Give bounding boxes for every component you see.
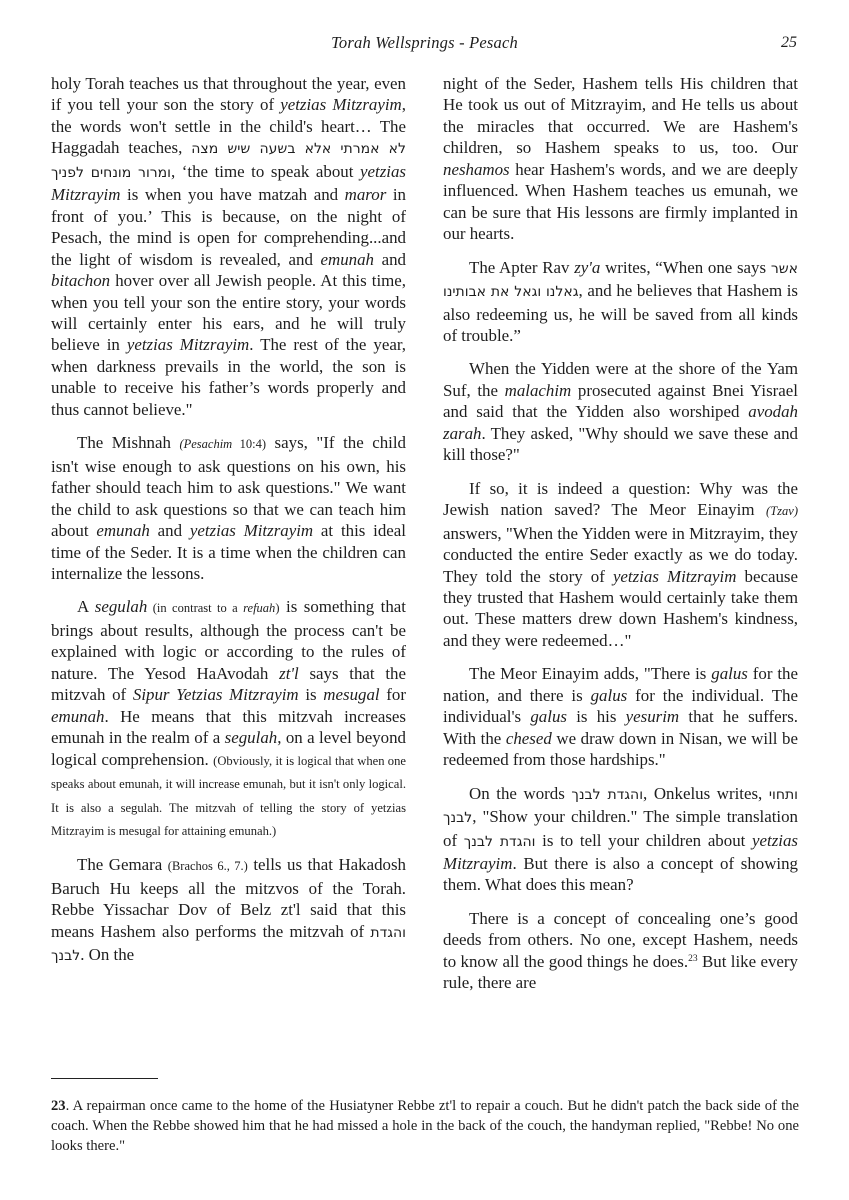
paragraph: The Gemara (Brachos 6., 7.) tells us tha…: [51, 854, 406, 967]
footnote-text: . A repairman once came to the home of t…: [51, 1098, 799, 1154]
paragraph: When the Yidden were at the shore of the…: [443, 358, 798, 465]
right-column: night of the Seder, Hashem tells His chi…: [443, 73, 798, 1006]
paragraph: On the words והגדת לבנך, Onkelus writes,…: [443, 783, 798, 896]
left-column: holy Torah teaches us that throughout th…: [51, 73, 406, 980]
citation: (Pesachim: [179, 437, 232, 451]
citation: (Tzav): [766, 504, 798, 518]
paragraph: holy Torah teaches us that throughout th…: [51, 73, 406, 420]
paragraph: The Apter Rav zy'a writes, “When one say…: [443, 257, 798, 347]
footnote: 23. A repairman once came to the home of…: [51, 1096, 799, 1156]
footnote-separator: [51, 1078, 158, 1079]
paragraph: If so, it is indeed a question: Why was …: [443, 478, 798, 652]
paragraph: There is a concept of concealing one’s g…: [443, 908, 798, 994]
hebrew-quote: והגדת לבנך: [571, 787, 643, 803]
paragraph: The Meor Einayim adds, "There is galus f…: [443, 663, 798, 770]
paragraph: night of the Seder, Hashem tells His chi…: [443, 73, 798, 245]
paragraph: A segulah (in contrast to a refuah) is s…: [51, 596, 406, 842]
paragraph: The Mishnah (Pesachim 10:4) says, "If th…: [51, 432, 406, 584]
hebrew-quote: והגדת לבנך: [464, 834, 536, 850]
citation: (Brachos 6., 7.): [168, 859, 248, 873]
page-number: 25: [781, 34, 797, 52]
footnote-reference[interactable]: 23: [688, 954, 698, 964]
running-header: Torah Wellsprings - Pesach 25: [0, 33, 849, 57]
running-title: Torah Wellsprings - Pesach: [0, 33, 849, 53]
footnote-number: 23: [51, 1098, 66, 1114]
